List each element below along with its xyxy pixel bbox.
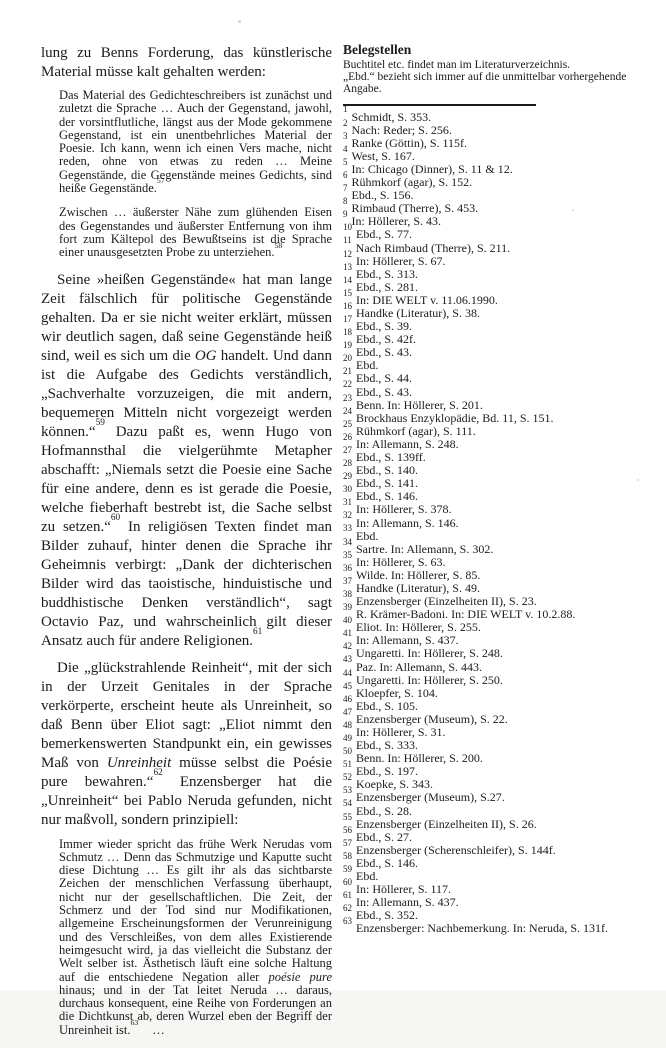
footnote-item: 58Ebd., S. 146. <box>343 857 645 870</box>
footnote-number: 14 <box>343 275 352 285</box>
footnote-number: 15 <box>343 288 352 298</box>
footnote-text: Eliot. In: Höllerer, S. 255. <box>356 620 481 634</box>
footnote-text: Nach Rimbaud (Therre), S. 211. <box>356 241 511 255</box>
footnote-number: 26 <box>343 432 352 442</box>
footnote-number: 54 <box>343 798 352 808</box>
paragraph-reinheit: Die „glückstrahlende Reinheit“, mit der … <box>41 659 332 830</box>
blockquote-neruda: Immer wieder spricht das frühe Werk Neru… <box>59 838 332 990</box>
footnote-text: Handke (Literatur), S. 49. <box>356 581 480 595</box>
footnote-item: 19Ebd., S. 43. <box>343 346 645 359</box>
footnote-text: Ebd., S. 146. <box>356 489 418 503</box>
footnote-text: Ranke (Göttin), S. 115f. <box>352 136 468 150</box>
footnote-text: Brockhaus Enzyklopädie, Bd. 11, S. 151. <box>356 411 554 425</box>
footnote-text: Benn. In: Höllerer, S. 200. <box>356 751 483 765</box>
footnote-text: Ebd., S. 39. <box>356 319 412 333</box>
footnote-number: 50 <box>343 746 352 756</box>
footnote-text: R. Krämer-Badoni. In: DIE WELT v. 10.2.8… <box>356 607 575 621</box>
quote-text: Das Material des Gedichteschreibers ist … <box>59 88 332 195</box>
footnote-number: 63 <box>343 916 352 926</box>
quote-text: Zwischen … äußerster Nähe zum glühenden … <box>59 205 332 259</box>
footnote-item: 63Enzensberger: Nachbemerkung. In: Nerud… <box>343 922 645 935</box>
footnote-text: Ebd., S. 42f. <box>356 332 416 346</box>
footnote-text: In: Chicago (Dinner), S. 11 & 12. <box>352 162 513 176</box>
footnote-number: 43 <box>343 654 352 664</box>
footnotes-column: Belegstellen Buchtitel etc. findet man i… <box>343 42 645 936</box>
footnote-item: 32In: Allemann, S. 146. <box>343 517 645 530</box>
footnote-text: Ebd. <box>356 869 378 883</box>
italic-og: OG <box>195 348 217 364</box>
main-text-column: lung zu Benns Forderung, das künstlerisc… <box>41 44 332 990</box>
footnote-number: 42 <box>343 641 352 651</box>
footnote-number: 45 <box>343 681 352 691</box>
footnote-number: 39 <box>343 602 352 612</box>
scan-speck <box>238 20 241 23</box>
footnote-text: In: Höllerer, S. 117. <box>356 882 451 896</box>
footnote-ref-59: 59 <box>96 418 105 428</box>
footnote-ref-62: 62 <box>153 768 162 778</box>
footnote-number: 5 <box>343 157 348 167</box>
footnote-number: 56 <box>343 825 352 835</box>
footnote-number: 53 <box>343 785 352 795</box>
footnote-text: Ebd., S. 77. <box>356 227 412 241</box>
footnote-number: 16 <box>343 301 352 311</box>
footnote-number: 7 <box>343 183 348 193</box>
footnote-text: Ebd., S. 197. <box>356 764 418 778</box>
footnote-text: Rühmkorf (agar), S. 152. <box>352 175 473 189</box>
footnote-number: 46 <box>343 694 352 704</box>
footnote-text: Ebd., S. 333. <box>356 738 418 752</box>
footnote-number: 48 <box>343 720 352 730</box>
footnote-text: Ungaretti. In: Höllerer, S. 250. <box>356 673 503 687</box>
footnote-text: In: Höllerer, S. 63. <box>356 555 446 569</box>
footnote-number: 3 <box>343 131 348 141</box>
italic-poesie-pure: poésie pure <box>268 970 332 984</box>
footnote-number: 47 <box>343 707 352 717</box>
footnote-ref-60: 60 <box>111 513 120 523</box>
scan-speck <box>572 209 574 211</box>
footnote-text: In: DIE WELT v. 11.06.1990. <box>356 293 498 307</box>
footnote-number: 40 <box>343 615 352 625</box>
footnote-number: 36 <box>343 563 352 573</box>
footnote-text: In: Höllerer, S. 31. <box>356 725 446 739</box>
footnote-ref-57: 57 <box>157 176 165 185</box>
footnote-text: Benn. In: Höllerer, S. 201. <box>356 398 483 412</box>
footnote-ref-61: 61 <box>253 627 262 637</box>
footnote-text: In: Höllerer, S. 43. <box>352 214 442 228</box>
footnote-number: 10 <box>343 222 352 232</box>
footnote-number: 38 <box>343 589 352 599</box>
scanned-book-page: lung zu Benns Forderung, das künstlerisc… <box>0 0 666 990</box>
footnote-text: Sartre. In: Allemann, S. 302. <box>356 542 493 556</box>
footnote-number: 8 <box>343 196 348 206</box>
text-run: In religiösen Texten findet man Bilder z… <box>41 519 332 649</box>
footnote-text: Ebd., S. 105. <box>356 699 418 713</box>
footnote-number: 49 <box>343 733 352 743</box>
footnote-text: Wilde. In: Höllerer, S. 85. <box>356 568 480 582</box>
footnote-number: 23 <box>343 393 352 403</box>
footnote-text: In: Höllerer, S. 67. <box>356 254 446 268</box>
footnote-number: 25 <box>343 419 352 429</box>
footnote-number: 4 <box>343 144 348 154</box>
scan-speck <box>637 479 639 481</box>
footnotes-heading: Belegstellen <box>343 42 645 57</box>
footnote-number: 18 <box>343 327 352 337</box>
footnote-number: 57 <box>343 838 352 848</box>
footnote-text: Ebd., S. 281. <box>356 280 418 294</box>
footnote-text: In: Allemann, S. 248. <box>356 437 459 451</box>
footnote-number: 34 <box>343 537 352 547</box>
footnote-text: Ebd., S. 43. <box>356 345 412 359</box>
footnote-text: Enzensberger (Scherenschleifer), S. 144f… <box>356 843 556 857</box>
footnote-text: Ebd. <box>356 529 378 543</box>
footnote-text: Ebd., S. 28. <box>356 804 412 818</box>
footnote-text: Nach: Reder; S. 256. <box>352 123 452 137</box>
footnote-number: 29 <box>343 471 352 481</box>
footnotes-intro-line1: Buchtitel etc. findet man im Literaturve… <box>343 59 570 71</box>
footnote-number: 12 <box>343 249 352 259</box>
footnote-text: Handke (Literatur), S. 38. <box>356 306 480 320</box>
blockquote-zwischen: Zwischen … äußerster Nähe zum glühenden … <box>59 206 332 259</box>
quote-text: hinaus; und in der Tat leitet Neruda … d… <box>59 983 332 990</box>
footnote-number: 51 <box>343 759 352 769</box>
footnote-text: Schmidt, S. 353. <box>352 110 432 124</box>
footnote-text: Ebd., S. 156. <box>352 188 414 202</box>
footnote-number: 13 <box>343 262 352 272</box>
footnote-number: 9 <box>343 209 348 219</box>
footnote-number: 24 <box>343 406 352 416</box>
footnote-text: Kloepfer, S. 104. <box>356 686 438 700</box>
paragraph-intro: lung zu Benns Forderung, das künstlerisc… <box>41 44 332 82</box>
footnote-text: Ebd., S. 139ff. <box>356 450 426 464</box>
footnote-text: Ebd., S. 352. <box>356 908 418 922</box>
footnote-text: In: Allemann, S. 437. <box>356 895 459 909</box>
footnote-number: 41 <box>343 628 352 638</box>
footnote-text: Ebd., S. 43. <box>356 385 412 399</box>
blockquote-material: Das Material des Gedichteschreibers ist … <box>59 89 332 195</box>
footnote-text: Ebd., S. 146. <box>356 856 418 870</box>
footnote-number: 1 <box>343 104 348 114</box>
footnote-text: Enzensberger (Museum), S. 22. <box>356 712 508 726</box>
footnote-number: 37 <box>343 576 352 586</box>
footnote-text: Enzensberger (Einzelheiten II), S. 23. <box>356 594 537 608</box>
footnote-number: 61 <box>343 890 352 900</box>
footnote-text: In: Höllerer, S. 378. <box>356 502 452 516</box>
footnote-text: In: Allemann, S. 437. <box>356 633 459 647</box>
footnote-number: 59 <box>343 864 352 874</box>
footnote-ref-58: 58 <box>275 241 283 250</box>
footnotes-intro: Buchtitel etc. findet man im Literaturve… <box>343 59 645 96</box>
footnote-text: Koepke, S. 343. <box>356 777 433 791</box>
footnote-text: Ebd., S. 44. <box>356 371 412 385</box>
footnote-text: West, S. 167. <box>352 149 415 163</box>
footnote-number: 20 <box>343 353 352 363</box>
footnote-text: Ebd., S. 140. <box>356 463 418 477</box>
footnote-number: 55 <box>343 812 352 822</box>
footnote-number: 60 <box>343 877 352 887</box>
footnote-number: 35 <box>343 550 352 560</box>
footnote-number: 17 <box>343 314 352 324</box>
footnote-number: 19 <box>343 340 352 350</box>
paragraph-heisse-gegenstaende: Seine »heißen Gegenstände« hat man lange… <box>41 271 332 651</box>
footnote-number: 28 <box>343 458 352 468</box>
footnote-number: 30 <box>343 484 352 494</box>
footnote-text: Enzensberger (Museum), S.27. <box>356 790 505 804</box>
footnote-text: Ebd., S. 141. <box>356 476 418 490</box>
footnote-number: 27 <box>343 445 352 455</box>
footnote-separator-rule <box>343 104 536 106</box>
footnote-number: 52 <box>343 772 352 782</box>
footnote-text: Enzensberger: Nachbemerkung. In: Neruda,… <box>356 921 608 935</box>
footnote-number: 11 <box>343 235 352 245</box>
footnote-text: Rimbaud (Therre), S. 453. <box>352 201 479 215</box>
footnote-text: Ebd., S. 27. <box>356 830 412 844</box>
footnote-number: 62 <box>343 903 352 913</box>
footnote-number: 44 <box>343 668 352 678</box>
footnote-text: Ungaretti. In: Höllerer, S. 248. <box>356 646 503 660</box>
footnote-text: In: Allemann, S. 146. <box>356 516 459 530</box>
footnote-number: 6 <box>343 170 348 180</box>
footnote-number: 21 <box>343 366 352 376</box>
footnote-number: 32 <box>343 510 352 520</box>
footnote-text: Rühmkorf (agar), S. 111. <box>356 424 476 438</box>
footnote-text: Ebd. <box>356 358 378 372</box>
footnote-text: Paz. In: Allemann, S. 443. <box>356 660 482 674</box>
footnote-number: 2 <box>343 118 348 128</box>
footnote-text: Enzensberger (Einzelheiten II), S. 26. <box>356 817 537 831</box>
footnote-number: 58 <box>343 851 352 861</box>
footnote-number: 31 <box>343 497 352 507</box>
footnote-number: 33 <box>343 523 352 533</box>
footnote-text: Ebd., S. 313. <box>356 267 418 281</box>
footnotes-intro-line2: „Ebd.“ bezieht sich immer auf die unmitt… <box>343 71 626 95</box>
quote-text: Immer wieder spricht das frühe Werk Neru… <box>59 837 332 984</box>
footnote-number: 22 <box>343 379 352 389</box>
footnotes-list: 1Schmidt, S. 353.2Nach: Reder; S. 256.3R… <box>343 111 645 936</box>
